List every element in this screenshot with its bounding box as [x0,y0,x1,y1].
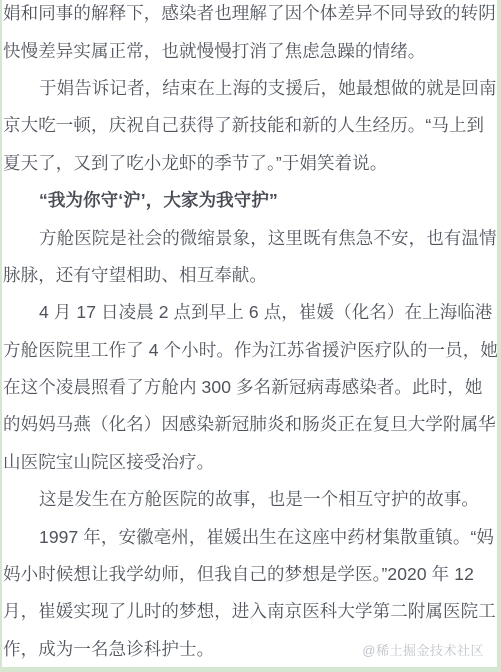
text-line: 脉脉，还有守望相助、相互奉献。 [3,256,497,293]
text-line: 快慢差异实属正常，也就慢慢打消了焦虑急躁的情绪。 [3,31,497,68]
article-body: 娟和同事的解释下，感染者也理解了因个体差异不同导致的转阴 快慢差异实属正常，也就… [2,0,497,667]
text-line: 山医院宝山院区接受治疗。 [3,443,497,480]
text-line: 于娟告诉记者，结束在上海的支援后，她最想做的就是回南 [3,69,497,106]
section-heading: “我为你守‘沪’，大家为我守护” [3,181,497,218]
text-line: 在这个凌晨照看了方舱内 300 多名新冠病毒感染者。此时，她 [3,368,497,405]
text-line: 娟和同事的解释下，感染者也理解了因个体差异不同导致的转阴 [3,0,497,31]
text-line: 方舱医院里工作了 4 个小时。作为江苏省援沪医疗队的一员，她 [3,331,497,368]
text-line: 月，崔媛实现了儿时的梦想，进入南京医科大学第二附属医院工 [3,592,497,629]
text-line: 夏天了，又到了吃小龙虾的季节了。”于娟笑着说。 [3,144,497,181]
article-page: 娟和同事的解释下，感染者也理解了因个体差异不同导致的转阴 快慢差异实属正常，也就… [0,0,501,672]
text-line: 1997 年，安徽亳州，崔媛出生在这座中药材集散重镇。“妈 [3,517,497,554]
text-line: 京大吃一顿，庆祝自己获得了新技能和新的人生经历。“马上到 [3,106,497,143]
text-line: 方舱医院是社会的微缩景象，这里既有焦急不安，也有温情 [3,218,497,255]
text-line: 这是发生在方舱医院的故事，也是一个相互守护的故事。 [3,480,497,517]
text-line: 4 月 17 日凌晨 2 点到早上 6 点，崔媛（化名）在上海临港 [3,293,497,330]
watermark: @稀土掘金技术社区 [362,640,484,659]
text-line: 的妈妈马燕（化名）因感染新冠肺炎和肠炎正在复旦大学附属华 [3,405,497,442]
text-line: 妈小时候想让我学幼师，但我自己的梦想是学医。”2020 年 12 [3,555,497,592]
